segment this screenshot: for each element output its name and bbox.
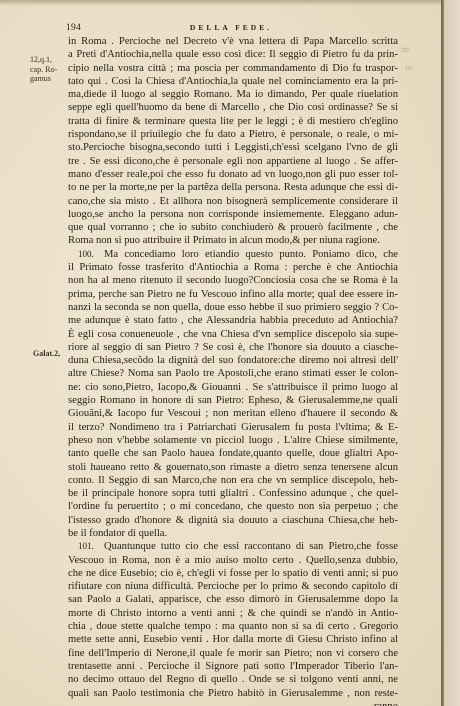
paragraph-first-line: 101.Quantunque tutto cio che essi raccon… — [68, 540, 398, 553]
text-line: mano d'esser reale,poi che esso fu donat… — [68, 168, 398, 181]
margin-note-line: 12,q.1, — [30, 55, 57, 65]
text-line: È egli cosa conueneuole , che vna Chiesa… — [68, 328, 398, 341]
paragraph-100: 100.Ma concediamo loro etiandio questo p… — [68, 248, 398, 541]
text-line: nanzi la seconda se non quella, doue ess… — [68, 301, 398, 314]
margin-note-citation: 12,q.1, cap. Ro- gamus — [30, 55, 57, 84]
catchword: ranno — [68, 700, 398, 706]
text-line: be il principale honore sopra tutti glia… — [68, 487, 398, 500]
text-line: prima, perche san Pietro ne fu Vescouo i… — [68, 288, 398, 301]
running-head: 194 DELLA FEDE. — [66, 23, 396, 35]
paragraph-number: 100. — [78, 248, 104, 261]
text-line: tanto quelle che san Paolo hauea fondate… — [68, 447, 398, 460]
margin-note-line: cap. Ro- — [30, 65, 57, 75]
text-line: mette sette anni, Eusebio venti . Hor da… — [68, 633, 398, 646]
text-line: san Paolo a Galati, apparisce, che esso … — [68, 593, 398, 606]
text-line: stoli haueano retto & gouernato,son rima… — [68, 461, 398, 474]
text-line: be il fondator di quella. — [68, 527, 398, 540]
body-text: in Roma . Percioche nel Decreto v'è vna … — [68, 35, 398, 706]
text-line: riore al seggio di san Pietro ? Se così … — [68, 341, 398, 354]
text-line: ma,diede il luogo al seggio Romano. Ma i… — [68, 88, 398, 101]
text-line: l'istesso grado d'honore & dignità sia d… — [68, 514, 398, 527]
text-line: altre Chiese? Noma san Paolo tre Apostol… — [68, 367, 398, 380]
text-line: cipio nella vostra città ; ma poscia per… — [68, 62, 398, 75]
bleed-through-text-1: riti — [401, 45, 410, 54]
text-line: tratta di finire & terminare questa lite… — [68, 115, 398, 128]
text-line: pheso non v'hebbe solamente vn picciol l… — [68, 434, 398, 447]
bleed-through-text-2: in- — [405, 63, 414, 72]
paragraph-first-line: 100.Ma concediamo loro etiandio questo p… — [68, 248, 398, 261]
text-line: seggio Romano in honore di san Pietro: E… — [68, 394, 398, 407]
text-line: conto. Il Seggio di san Marco,che non er… — [68, 474, 398, 487]
text-line: morte di Christo intorno a venti anni ; … — [68, 607, 398, 620]
text-line: duna Chiesa,secõdo la dignità del suo fo… — [68, 354, 398, 367]
text-line: me adunque è stato fatto , che Alessandr… — [68, 314, 398, 327]
text-line: a Preti d'Antiochia,nella quale esso cos… — [68, 48, 398, 61]
text-line: Giouãni,& Iacopo fur Vescoui ; non merit… — [68, 407, 398, 420]
text-line: il terzo? Nondimeno tra i Patriarchati G… — [68, 421, 398, 434]
text-line: luogo,se ancho la persona non corrispond… — [68, 208, 398, 221]
text-line: chia , doue stette qualche tempo : ma qu… — [68, 620, 398, 633]
paragraph-number: 101. — [78, 540, 104, 553]
text-line: rispondano,se il priuilegio che fu dato … — [68, 128, 398, 141]
text-line: in Roma . Percioche nel Decreto v'è vna … — [68, 35, 398, 48]
running-title: DELLA FEDE. — [66, 23, 396, 32]
text-line: sto.Percioche bisogna,secondo tutti i Le… — [68, 141, 398, 154]
paragraph-101: 101.Quantunque tutto cio che essi raccon… — [68, 540, 398, 706]
text-line: no decimo ottauo del Regno di quello . O… — [68, 673, 398, 686]
line-text: Ma concediamo loro etiandio questo punto… — [104, 249, 398, 260]
text-line: tato qui . Così la Chiesa d'Antiochia,la… — [68, 75, 398, 88]
margin-note-line: gamus — [30, 74, 57, 84]
text-line: il Primato fosse trasferito d'Antiochia … — [68, 261, 398, 274]
text-line: fine dell'Imperio di Nerone,il quale fe … — [68, 647, 398, 660]
text-line: l'ordine fu peruertito ; o mi concedano,… — [68, 500, 398, 513]
text-line: Vescouo in Roma, non è a mio auiso molto… — [68, 554, 398, 567]
facing-page-edge — [444, 0, 460, 706]
page-top-shadow — [0, 0, 460, 6]
text-line: rifiutare con niuna difficultà. Percioch… — [68, 580, 398, 593]
text-line: che ne dice Eusebio; cio è, ch'egli vi f… — [68, 567, 398, 580]
text-line: tre . Se essi dicono,che è personale egl… — [68, 155, 398, 168]
text-line: to ne per la morte,ne per la partẽza del… — [68, 181, 398, 194]
text-line: quali san Paolo testimonia che Pietro ha… — [68, 687, 398, 700]
text-line: seppe egli quell'huomo da bene di Marcel… — [68, 101, 398, 114]
text-line: ne: cio sono,Pietro, Iacopo,& Giouanni .… — [68, 381, 398, 394]
opening-paragraph: in Roma . Percioche nel Decreto v'è vna … — [68, 35, 398, 248]
text-line: que qual vorranno ; che io subito conchi… — [68, 221, 398, 234]
text-line: non ha al meno ritenuto il secondo luogo… — [68, 274, 398, 287]
text-line: cano,che sia misto . Et allhora non biso… — [68, 195, 398, 208]
text-line: Roma non si puo attribuire il Primato in… — [68, 234, 398, 247]
line-text: Quantunque tutto cio che essi raccontano… — [104, 541, 398, 552]
text-line: trentasette anni . Percioche il Signore … — [68, 660, 398, 673]
margin-note-galatians: Galat.2, — [33, 349, 60, 359]
